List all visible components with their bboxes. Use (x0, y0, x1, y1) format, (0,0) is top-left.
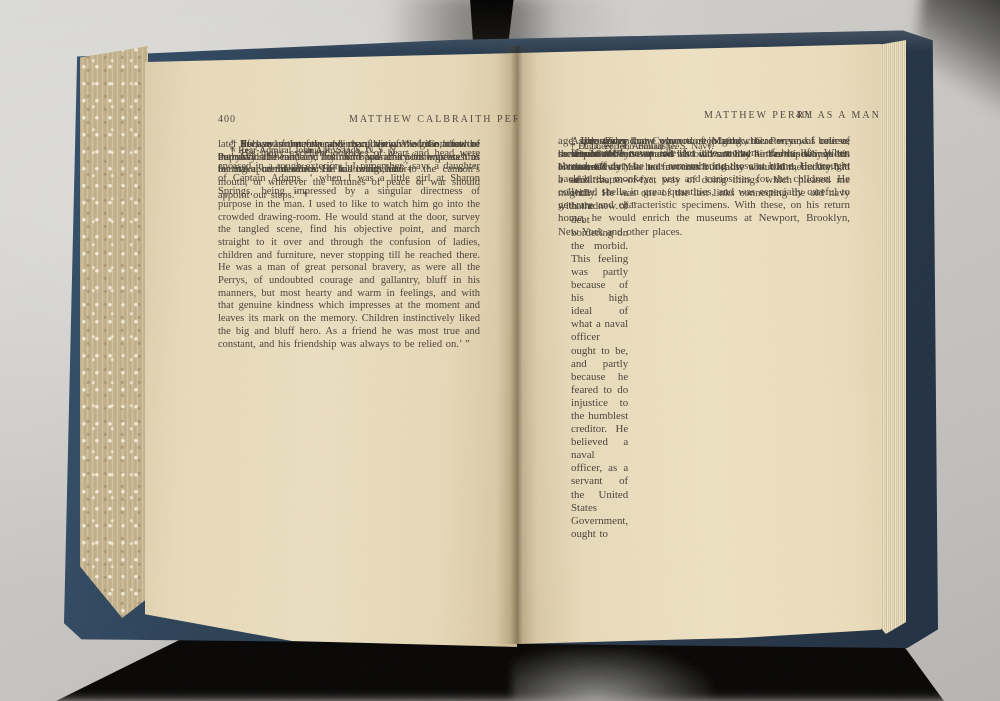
right-page-fore-edge (879, 40, 906, 634)
shadow-sheen (512, 648, 712, 701)
right-running-head: MATTHEW PERRY AS A MAN. (704, 110, 885, 121)
footnote: † D. D. Porter, Admiral U. S. Navy. (558, 140, 714, 154)
paragraph-text: , Perry was excessively sensitive, with … (571, 135, 628, 541)
left-running-head: MATTHEW CALBRAITH PERRY. (349, 114, 542, 125)
left-page: 400 MATTHEW CALBRAITH PERRY. later life,… (145, 52, 517, 647)
right-page-number: 401 (796, 110, 814, 121)
right-page: MATTHEW PERRY AS A MAN. 401 age, industr… (517, 44, 881, 644)
left-page-fore-edge (80, 46, 148, 618)
left-text-column: 400 MATTHEW CALBRAITH PERRY. later life,… (218, 114, 480, 139)
left-running-head-row: 400 MATTHEW CALBRAITH PERRY. (218, 114, 480, 128)
right-running-head-row: MATTHEW PERRY AS A MAN. 401 (558, 110, 850, 124)
left-page-number: 400 (218, 114, 236, 125)
right-text-column: MATTHEW PERRY AS A MAN. 401 age, industr… (558, 110, 850, 135)
photo-background: 400 MATTHEW CALBRAITH PERRY. later life,… (0, 0, 1000, 701)
footnote: † Rear-Admiral John Almy, U. S. N. (218, 144, 376, 158)
